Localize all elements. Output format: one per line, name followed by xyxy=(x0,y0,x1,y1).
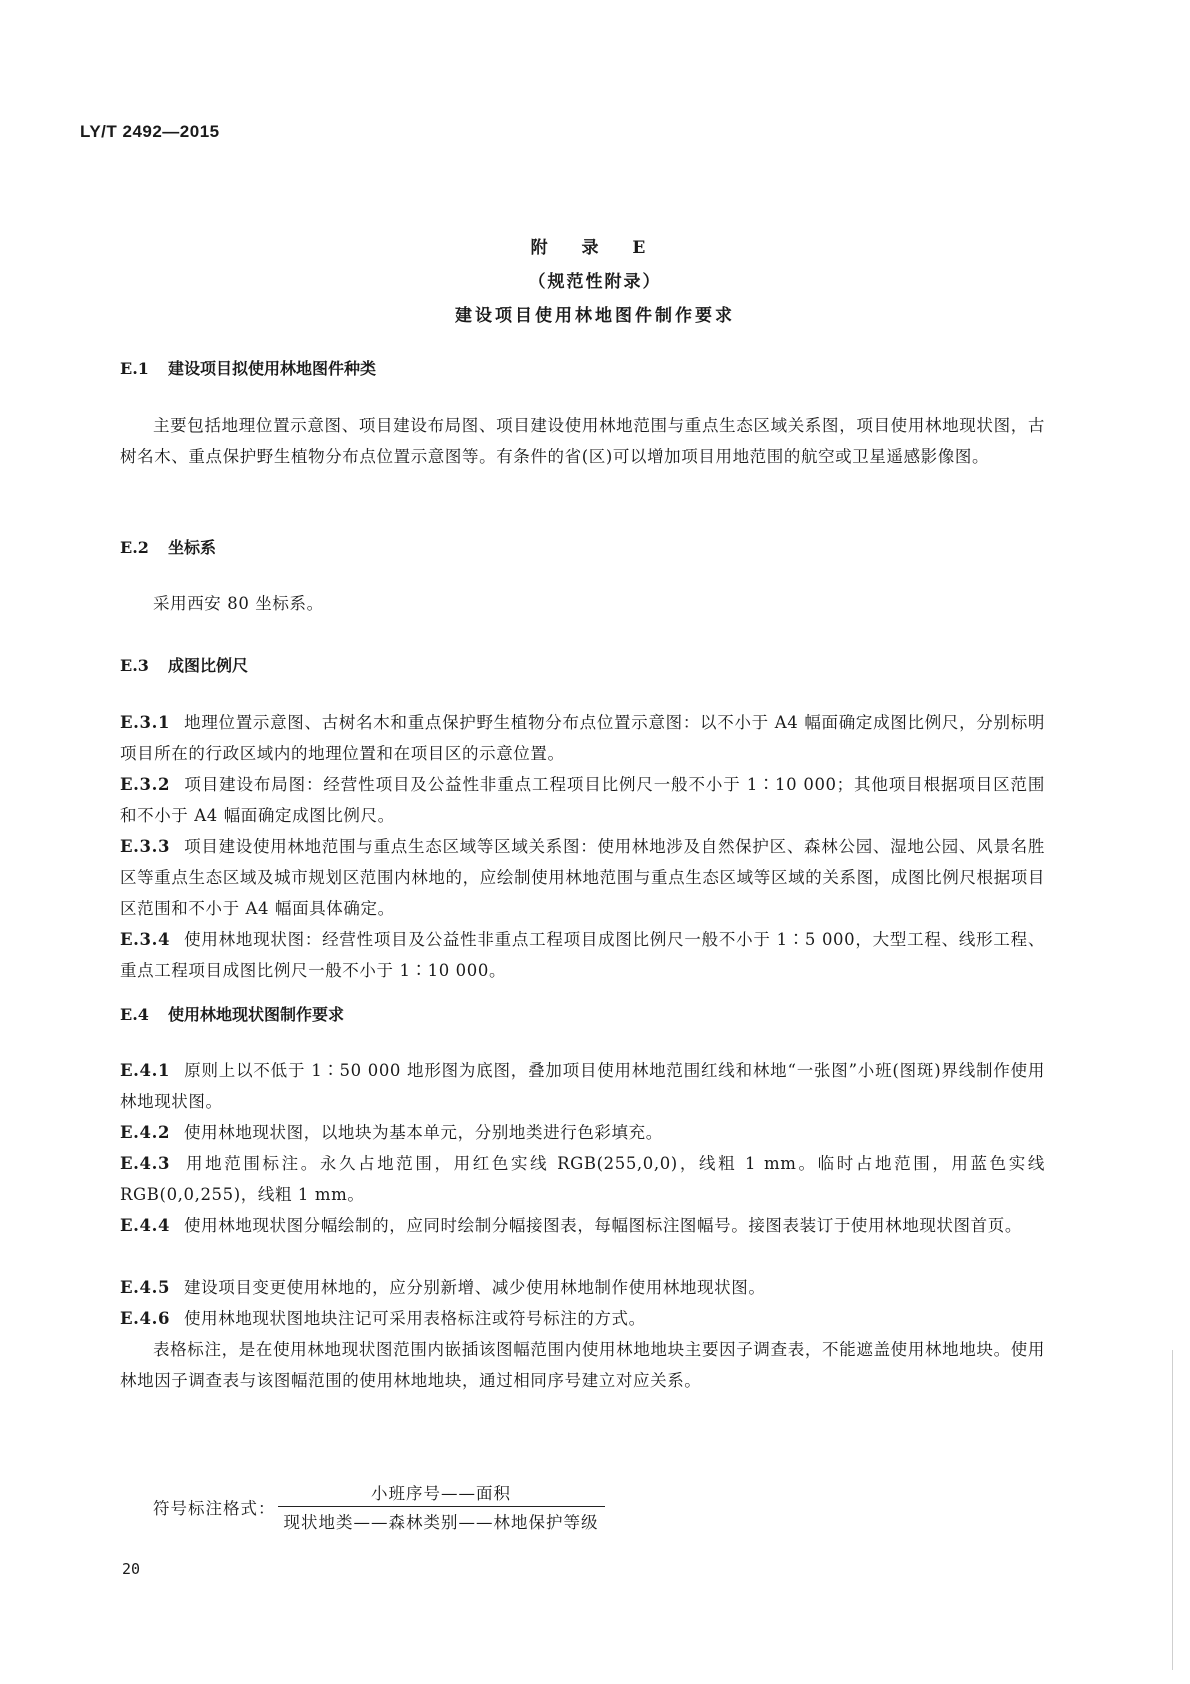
clause-text: 项目建设使用林地范围与重点生态区域等区域关系图：使用林地涉及自然保护区、森林公园… xyxy=(120,837,1045,918)
clause-text: 使用林地现状图地块注记可采用表格标注或符号标注的方式。 xyxy=(184,1309,646,1328)
clause-text: 项目建设布局图：经营性项目及公益性非重点工程项目比例尺一般不小于 1∶10 00… xyxy=(120,775,1045,825)
clause-e4-1: E.4.1原则上以不低于 1∶50 000 地形图为底图，叠加项目使用林地范围红… xyxy=(120,1055,1045,1117)
clause-text: 用地范围标注。永久占地范围，用红色实线 RGB(255,0,0)，线粗 1 mm… xyxy=(120,1154,1045,1204)
formula-denominator: 现状地类——森林类别——林地保护等级 xyxy=(278,1506,605,1533)
section-title: 成图比例尺 xyxy=(168,656,248,675)
appendix-label: 附 录 E xyxy=(0,233,1190,258)
clause-number: E.4.2 xyxy=(120,1123,170,1142)
section-heading-e4: E.4使用林地现状图制作要求 xyxy=(120,1002,344,1025)
clause-number: E.3.1 xyxy=(120,713,170,732)
clause-number: E.4.5 xyxy=(120,1278,170,1297)
formula-label: 符号标注格式： xyxy=(153,1495,276,1519)
clause-e4-6: E.4.6使用林地现状图地块注记可采用表格标注或符号标注的方式。 xyxy=(120,1303,1045,1334)
clause-number: E.4.1 xyxy=(120,1061,170,1080)
section-title: 建设项目拟使用林地图件种类 xyxy=(168,359,376,378)
clause-e3-3: E.3.3项目建设使用林地范围与重点生态区域等区域关系图：使用林地涉及自然保护区… xyxy=(120,831,1045,924)
clause-text: 建设项目变更使用林地的，应分别新增、减少使用林地制作使用林地现状图。 xyxy=(184,1278,765,1297)
clause-text: 使用林地现状图：经营性项目及公益性非重点工程项目成图比例尺一般不小于 1∶5 0… xyxy=(120,930,1045,980)
section-number: E.4 xyxy=(120,1005,168,1024)
section-body-e2: 采用西安 80 坐标系。 xyxy=(120,588,1045,619)
formula-fraction: 小班序号——面积 现状地类——森林类别——林地保护等级 xyxy=(278,1480,605,1533)
clause-number: E.4.6 xyxy=(120,1309,170,1328)
section-heading-e2: E.2坐标系 xyxy=(120,535,216,558)
section-number: E.3 xyxy=(120,656,168,675)
symbol-annotation-format: 符号标注格式： 小班序号——面积 现状地类——森林类别——林地保护等级 xyxy=(153,1480,605,1533)
clause-e3-4: E.3.4使用林地现状图：经营性项目及公益性非重点工程项目成图比例尺一般不小于 … xyxy=(120,924,1045,986)
section-body-e1: 主要包括地理位置示意图、项目建设布局图、项目建设使用林地范围与重点生态区域关系图… xyxy=(120,410,1045,472)
clause-e4-4: E.4.4使用林地现状图分幅绘制的，应同时绘制分幅接图表，每幅图标注图幅号。接图… xyxy=(120,1210,1045,1241)
section-number: E.2 xyxy=(120,538,168,557)
clause-number: E.3.3 xyxy=(120,837,170,856)
clause-e4-2: E.4.2使用林地现状图，以地块为基本单元，分别地类进行色彩填充。 xyxy=(120,1117,1045,1148)
clause-number: E.3.4 xyxy=(120,930,170,949)
clause-e3-1: E.3.1地理位置示意图、古树名木和重点保护野生植物分布点位置示意图：以不小于 … xyxy=(120,707,1045,769)
section-title: 使用林地现状图制作要求 xyxy=(168,1005,344,1024)
section-heading-e3: E.3成图比例尺 xyxy=(120,653,248,676)
clause-number: E.4.4 xyxy=(120,1216,170,1235)
formula-numerator: 小班序号——面积 xyxy=(365,1480,517,1506)
table-annotation-note: 表格标注，是在使用林地现状图范围内嵌插该图幅范围内使用林地地块主要因子调查表，不… xyxy=(120,1334,1045,1396)
clause-text: 使用林地现状图分幅绘制的，应同时绘制分幅接图表，每幅图标注图幅号。接图表装订于使… xyxy=(184,1216,1022,1235)
clause-number: E.3.2 xyxy=(120,775,170,794)
clause-text: 原则上以不低于 1∶50 000 地形图为底图，叠加项目使用林地范围红线和林地“… xyxy=(120,1061,1045,1111)
page-number: 20 xyxy=(122,1560,140,1578)
clause-e4-5: E.4.5建设项目变更使用林地的，应分别新增、减少使用林地制作使用林地现状图。 xyxy=(120,1272,1045,1303)
section-heading-e1: E.1建设项目拟使用林地图件种类 xyxy=(120,356,376,379)
section-number: E.1 xyxy=(120,359,168,378)
clause-text: 使用林地现状图，以地块为基本单元，分别地类进行色彩填充。 xyxy=(184,1123,663,1142)
clause-e4-3: E.4.3用地范围标注。永久占地范围，用红色实线 RGB(255,0,0)，线粗… xyxy=(120,1148,1045,1210)
standard-number: LY/T 2492—2015 xyxy=(80,122,220,142)
clause-e3-2: E.3.2项目建设布局图：经营性项目及公益性非重点工程项目比例尺一般不小于 1∶… xyxy=(120,769,1045,831)
clause-text: 地理位置示意图、古树名木和重点保护野生植物分布点位置示意图：以不小于 A4 幅面… xyxy=(120,713,1045,763)
scan-edge-line xyxy=(1172,1350,1173,1670)
appendix-title: 建设项目使用林地图件制作要求 xyxy=(0,301,1190,326)
section-title: 坐标系 xyxy=(168,538,216,557)
clause-number: E.4.3 xyxy=(120,1154,170,1173)
appendix-type: （规范性附录） xyxy=(0,267,1190,292)
